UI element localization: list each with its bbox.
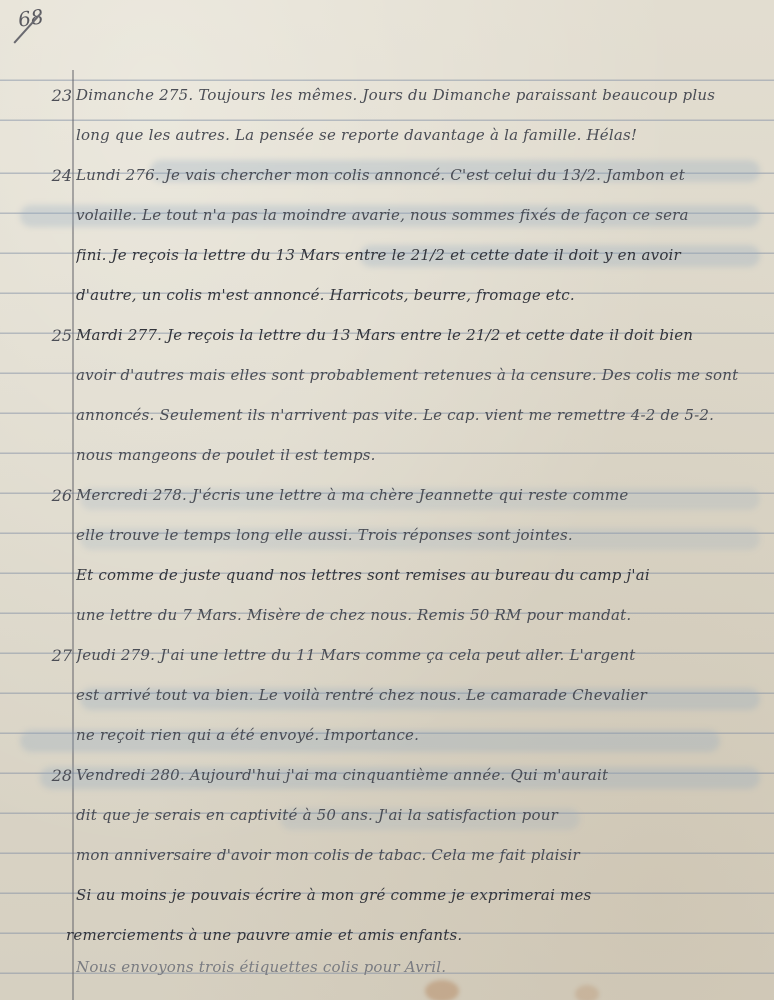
stain [425,980,459,1000]
entry-day-number: 25 [42,326,72,345]
entry-line: long que les autres. La pensée se report… [76,126,764,144]
notebook-page: 68 23 Dimanche 275. Toujours les mêmes. … [0,0,774,1000]
entry-line: nous mangeons de poulet il est temps. [76,446,764,464]
entry-line: annoncés. Seulement ils n'arrivent pas v… [76,406,764,424]
entry-line: Et comme de juste quand nos lettres sont… [76,566,764,584]
entry-line: Lundi 276. Je vais chercher mon colis an… [76,166,764,184]
entry-line: elle trouve le temps long elle aussi. Tr… [76,526,764,544]
entry-line: dit que je serais en captivité à 50 ans.… [76,806,764,824]
entry-line: mon anniversaire d'avoir mon colis de ta… [76,846,764,864]
entry-line: ne reçoit rien qui a été envoyé. Importa… [76,726,764,744]
entry-day-number: 28 [42,766,72,785]
entry-day-number: 26 [42,486,72,505]
entry-line: avoir d'autres mais elles sont probablem… [76,366,764,384]
entry-line: volaille. Le tout n'a pas la moindre ava… [76,206,764,224]
entry-line: fini. Je reçois la lettre du 13 Mars ent… [76,246,764,264]
entry-line: Jeudi 279. J'ai une lettre du 11 Mars co… [76,646,764,664]
entry-day-number: 23 [42,86,72,105]
entry-line: d'autre, un colis m'est annoncé. Harrico… [76,286,764,304]
entry-day-number: 27 [42,646,72,665]
entry-line: Mardi 277. Je reçois la lettre du 13 Mar… [76,326,764,344]
entry-line: remerciements à une pauvre amie et amis … [66,926,764,944]
page-number: 68 [16,4,45,31]
entry-line: Si au moins je pouvais écrire à mon gré … [76,886,764,904]
entry-day-number: 24 [42,166,72,185]
entry-line: est arrivé tout va bien. Le voilà rentré… [76,686,764,704]
entry-line: Vendredi 280. Aujourd'hui j'ai ma cinqua… [76,766,764,784]
entry-line: Dimanche 275. Toujours les mêmes. Jours … [76,86,764,104]
entry-line: une lettre du 7 Mars. Misère de chez nou… [76,606,764,624]
entry-line: Mercredi 278. J'écris une lettre à ma ch… [76,486,764,504]
entry-line: Nous envoyons trois étiquettes colis pou… [76,958,764,976]
stain [575,985,599,1000]
